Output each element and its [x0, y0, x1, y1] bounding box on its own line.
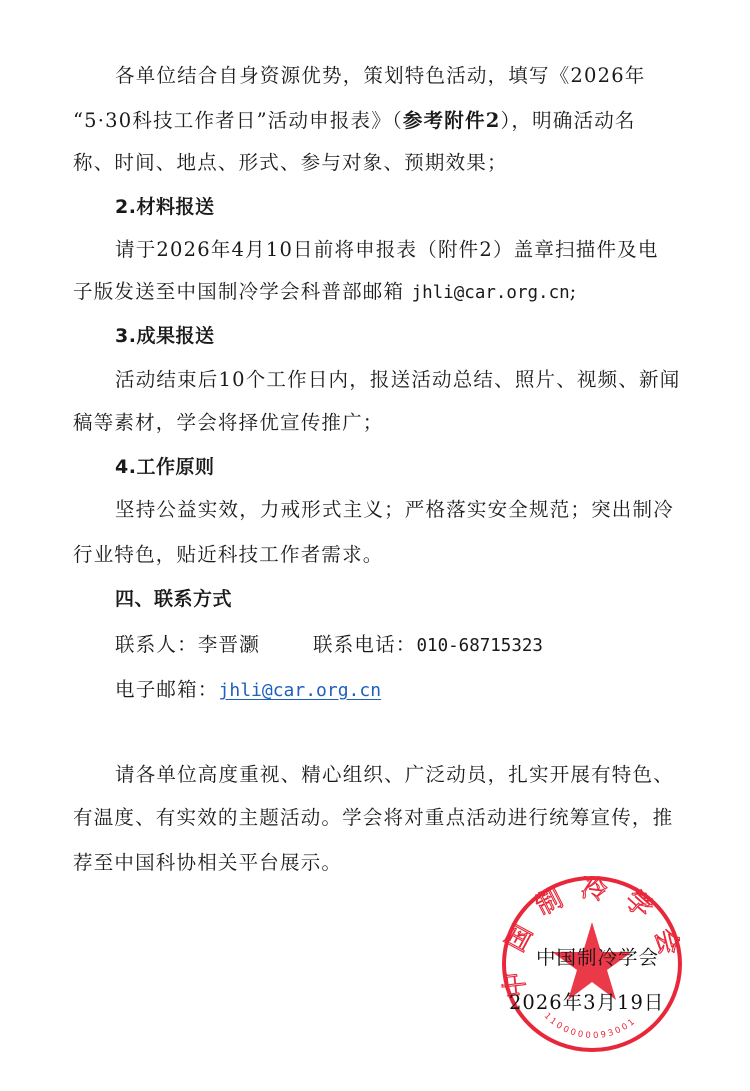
materials-line-2: 子版发送至中国制冷学会科普部邮箱 jhli@car.org.cn;	[73, 279, 577, 306]
seal-code-text: 1100000093001	[542, 1011, 639, 1041]
materials-line-1: 请于2026年4月10日前将申报表（附件2）盖章扫描件及电	[115, 237, 659, 263]
section-heading-results: 3.成果报送	[115, 323, 214, 349]
signature-date: 2026年3月19日	[509, 987, 664, 1015]
contact-email-row: 电子邮箱：jhli@car.org.cn	[115, 677, 381, 704]
materials-line-2-post: ;	[570, 280, 578, 303]
intro-line-2-pre: “5·30科技工作者日”活动申报表》（	[73, 109, 403, 132]
contact-email-link[interactable]: jhli@car.org.cn	[219, 680, 382, 701]
contact-email-label: 电子邮箱：	[115, 678, 219, 701]
attachment-reference: 参考附件2	[403, 109, 501, 132]
closing-line-1: 请各单位高度重视、精心组织、广泛动员，扎实开展有特色、	[115, 762, 674, 788]
contact-person-row: 联系人：李晋灏	[115, 632, 260, 658]
results-line-1: 活动结束后10个工作日内，报送活动总结、照片、视频、新闻	[115, 367, 680, 393]
section-heading-contact: 四、联系方式	[115, 586, 232, 612]
section-heading-principles: 4.工作原则	[115, 454, 214, 480]
svg-text:1100000093001: 1100000093001	[542, 1011, 639, 1041]
contact-person-label: 联系人：	[115, 633, 198, 656]
contact-phone-label: 联系电话：	[313, 633, 417, 656]
section-heading-materials: 2.材料报送	[115, 194, 214, 220]
intro-line-2-post: ），明确活动名	[500, 109, 635, 132]
contact-phone-number: 010-68715323	[417, 636, 543, 656]
intro-line-1: 各单位结合自身资源优势，策划特色活动，填写《2026年	[115, 63, 646, 89]
closing-line-2: 有温度、有实效的主题活动。学会将对重点活动进行统筹宣传，推	[73, 805, 673, 831]
contact-person-name: 李晋灏	[198, 633, 260, 656]
closing-line-3: 荐至中国科协相关平台展示。	[73, 850, 342, 876]
intro-line-2: “5·30科技工作者日”活动申报表》（参考附件2），明确活动名	[73, 108, 636, 134]
intro-line-3: 称、时间、地点、形式、参与对象、预期效果；	[73, 150, 508, 176]
signature-organization: 中国制冷学会	[536, 942, 659, 970]
principles-line-2: 行业特色，贴近科技工作者需求。	[73, 542, 384, 568]
principles-line-1: 坚持公益实效，力戒形式主义；严格落实安全规范；突出制冷	[115, 497, 674, 523]
materials-email-text: jhli@car.org.cn	[412, 283, 570, 303]
results-line-2: 稿等素材，学会将择优宣传推广；	[73, 410, 384, 436]
contact-phone-row: 联系电话：010-68715323	[313, 632, 543, 659]
materials-line-2-pre: 子版发送至中国制冷学会科普部邮箱	[73, 280, 412, 303]
